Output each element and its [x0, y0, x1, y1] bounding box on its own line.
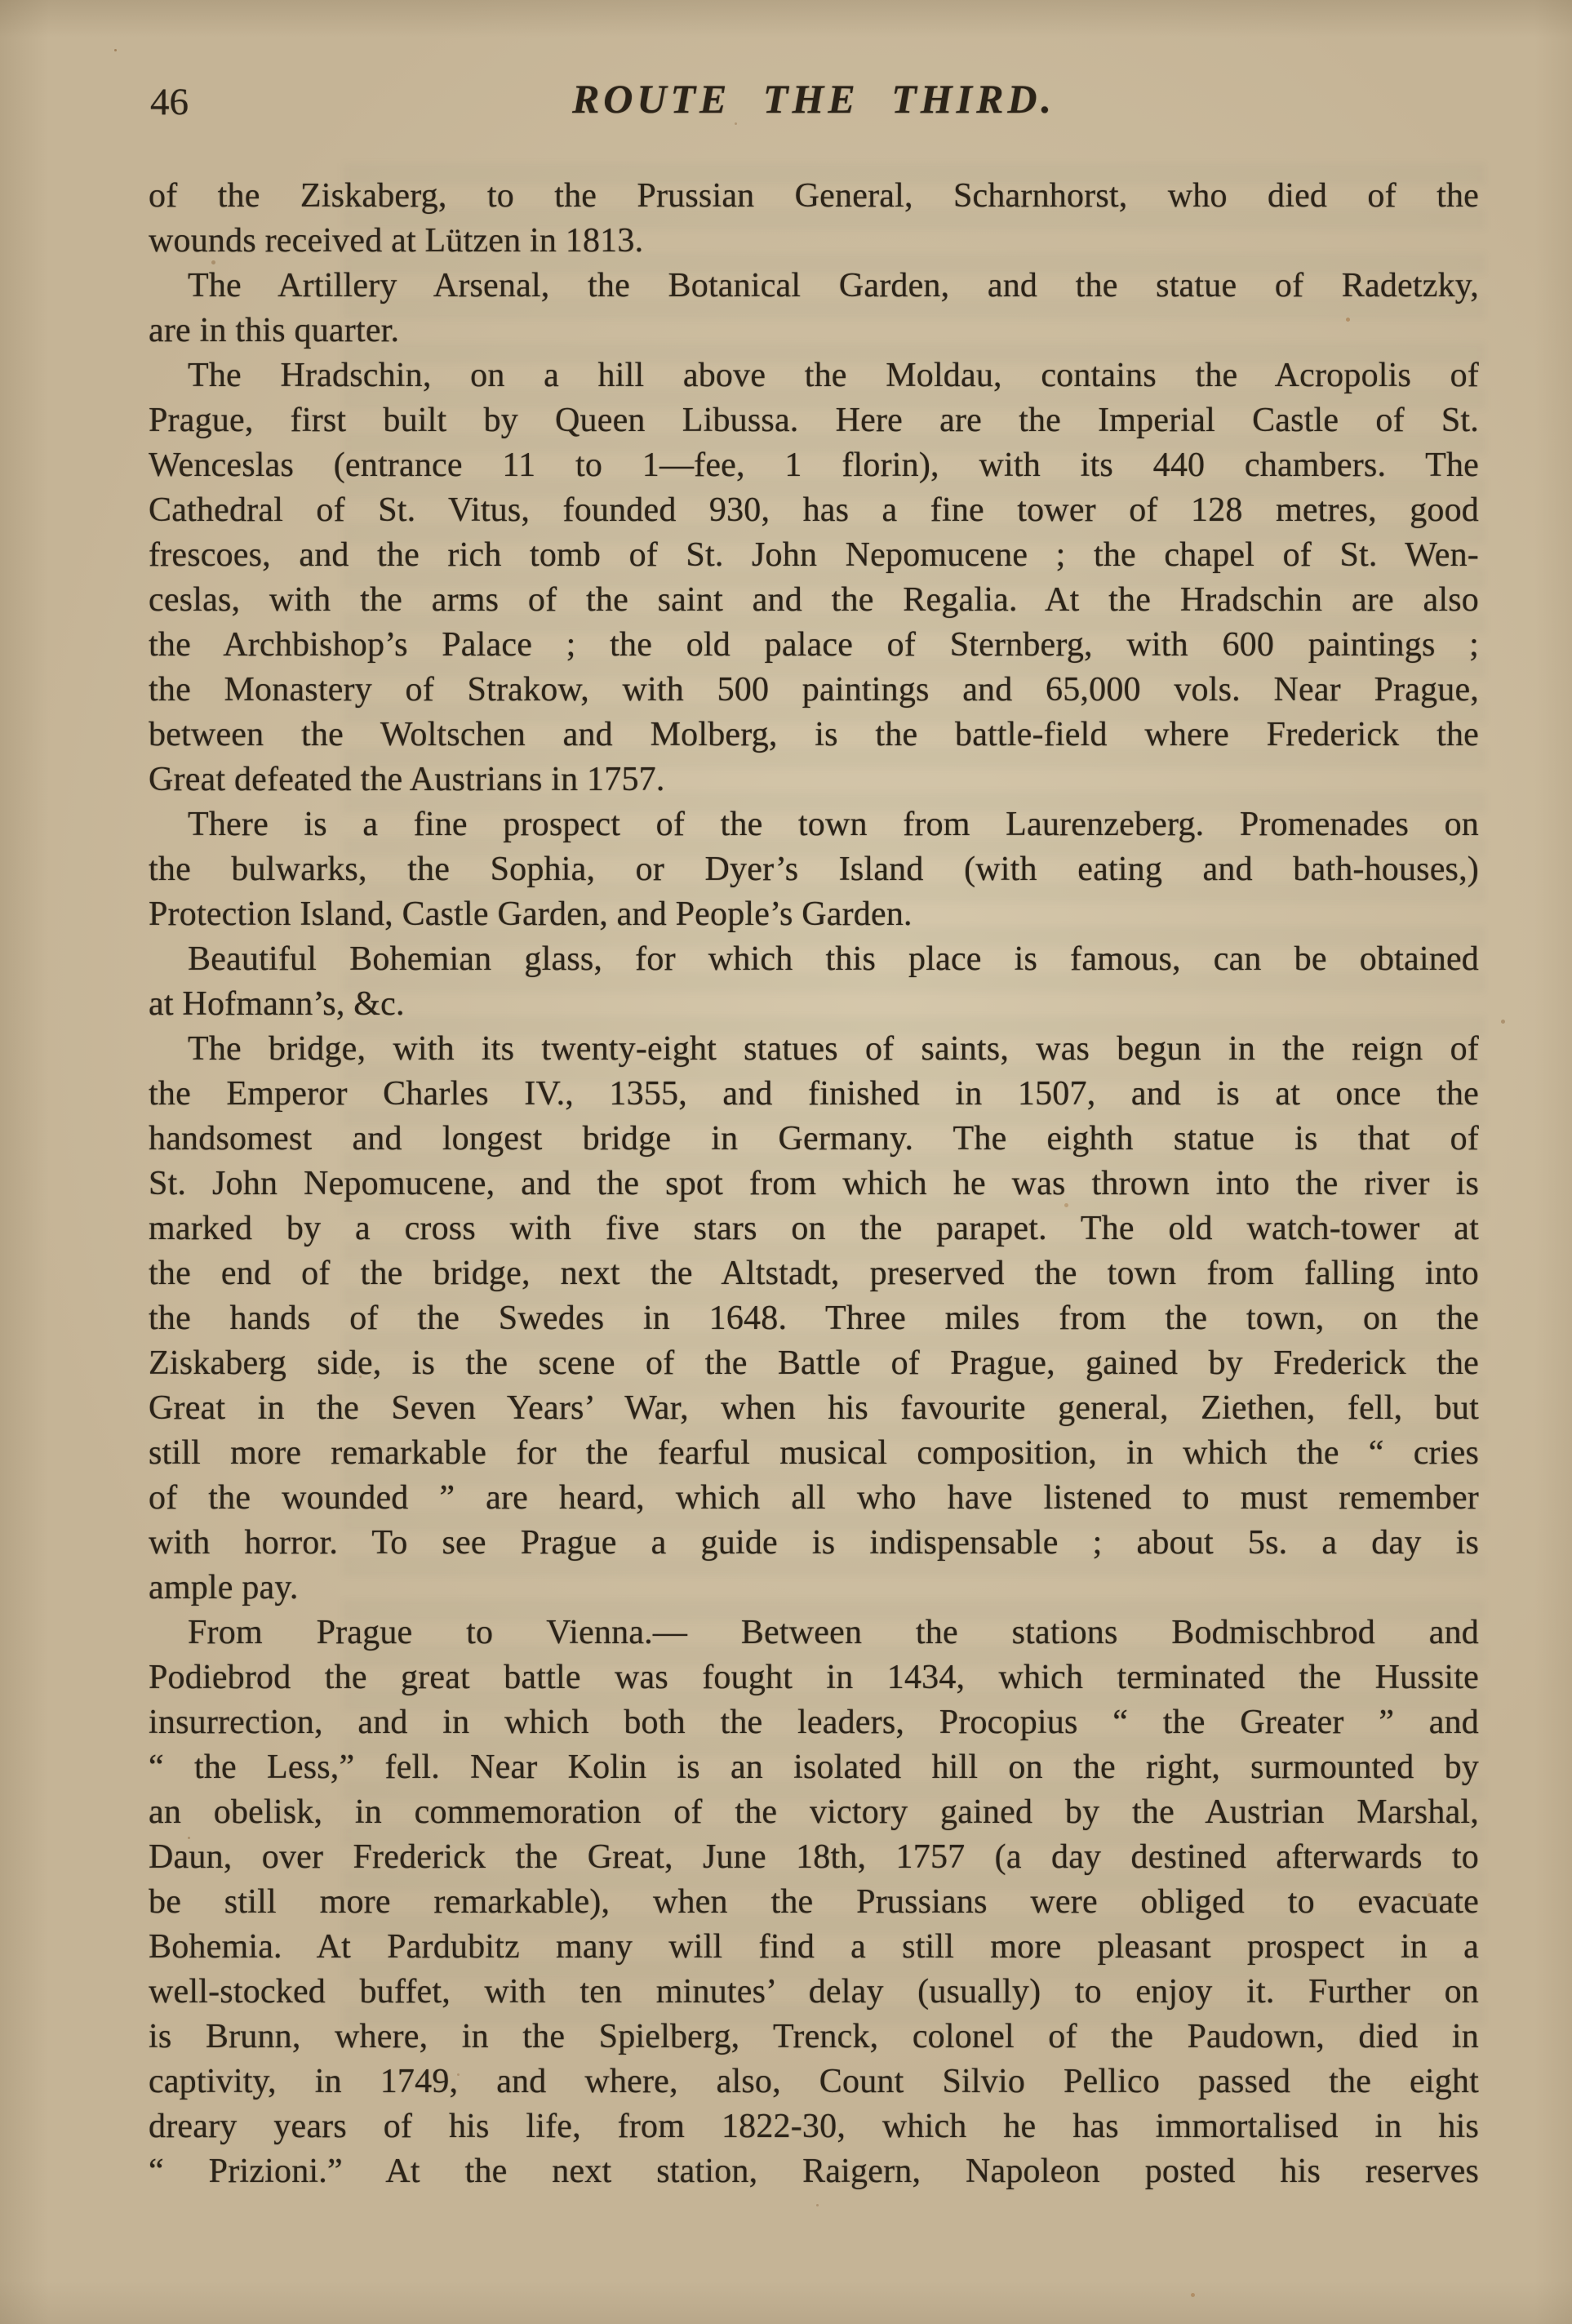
- text-line: the bulwarks, the Sophia, or Dyer’s Isla…: [149, 847, 1479, 892]
- text-line: Podiebrod the great battle was fought in…: [149, 1655, 1479, 1700]
- text-line: frescoes, and the rich tomb of St. John …: [149, 533, 1479, 578]
- text-line: Bohemia. At Pardubitz many will find a s…: [149, 1925, 1479, 1970]
- text-line: Great in the Seven Years’ War, when his …: [149, 1386, 1479, 1431]
- paragraph: The bridge, with its twenty-eight statue…: [149, 1027, 1479, 1611]
- text-line: Beautiful Bohemian glass, for which this…: [149, 937, 1479, 982]
- text-line: handsomest and longest bridge in Germany…: [149, 1117, 1479, 1162]
- paragraph: of the Ziskaberg, to the Prussian Genera…: [149, 174, 1479, 264]
- text-line: ceslas, with the arms of the saint and t…: [149, 578, 1479, 623]
- text-line: be still more remarkable), when the Prus…: [149, 1880, 1479, 1925]
- text-line: insurrection, and in which both the lead…: [149, 1700, 1479, 1745]
- text-line: of the wounded ” are heard, which all wh…: [149, 1476, 1479, 1521]
- paragraph: Beautiful Bohemian glass, for which this…: [149, 937, 1479, 1027]
- text-line: There is a fine prospect of the town fro…: [149, 802, 1479, 847]
- text-line: The bridge, with its twenty-eight statue…: [149, 1027, 1479, 1072]
- text-block: of the Ziskaberg, to the Prussian Genera…: [149, 174, 1479, 2194]
- paragraph: The Hradschin, on a hill above the Molda…: [149, 353, 1479, 802]
- page-header: 46 ROUTE THE THIRD.: [149, 75, 1479, 132]
- page-sheet: 46 ROUTE THE THIRD. of the Ziskaberg, to…: [0, 0, 1572, 2324]
- text-line: Wenceslas (entrance 11 to 1—fee, 1 flori…: [149, 443, 1479, 488]
- text-line: Protection Island, Castle Garden, and Pe…: [149, 892, 1479, 937]
- text-line: an obelisk, in commemoration of the vict…: [149, 1790, 1479, 1835]
- text-line: of the Ziskaberg, to the Prussian Genera…: [149, 174, 1479, 219]
- text-line: “ Prizioni.” At the next station, Raiger…: [149, 2149, 1479, 2194]
- text-line: captivity, in 1749, and where, also, Cou…: [149, 2060, 1479, 2104]
- text-line: ample pay.: [149, 1566, 1479, 1611]
- text-line: marked by a cross with five stars on the…: [149, 1206, 1479, 1251]
- text-line: are in this quarter.: [149, 309, 1479, 353]
- text-line: the hands of the Swedes in 1648. Three m…: [149, 1296, 1479, 1341]
- text-line: Cathedral of St. Vitus, founded 930, has…: [149, 488, 1479, 533]
- text-line: the Emperor Charles IV., 1355, and finis…: [149, 1072, 1479, 1117]
- text-line: Prague, first built by Queen Libussa. He…: [149, 398, 1479, 443]
- text-line: is Brunn, where, in the Spielberg, Trenc…: [149, 2015, 1479, 2060]
- text-line: the end of the bridge, next the Altstadt…: [149, 1251, 1479, 1296]
- text-line: From Prague to Vienna.— Between the stat…: [149, 1611, 1479, 1655]
- text-line: Ziskaberg side, is the scene of the Batt…: [149, 1341, 1479, 1386]
- page-number: 46: [150, 80, 189, 124]
- text-line: the Archbishop’s Palace ; the old palace…: [149, 623, 1479, 668]
- text-line: between the Woltschen and Molberg, is th…: [149, 713, 1479, 758]
- paragraph: The Artillery Arsenal, the Botanical Gar…: [149, 264, 1479, 353]
- text-line: still more remarkable for the fearful mu…: [149, 1431, 1479, 1476]
- text-line: at Hofmann’s, &c.: [149, 982, 1479, 1027]
- text-line: The Artillery Arsenal, the Botanical Gar…: [149, 264, 1479, 309]
- text-line: wounds received at Lützen in 1813.: [149, 219, 1479, 264]
- text-line: Daun, over Frederick the Great, June 18t…: [149, 1835, 1479, 1880]
- text-line: Great defeated the Austrians in 1757.: [149, 758, 1479, 802]
- text-line: well-stocked buffet, with ten minutes’ d…: [149, 1970, 1479, 2015]
- text-line: the Monastery of Strakow, with 500 paint…: [149, 668, 1479, 713]
- text-line: St. John Nepomucene, and the spot from w…: [149, 1162, 1479, 1206]
- text-line: The Hradschin, on a hill above the Molda…: [149, 353, 1479, 398]
- paragraph: There is a fine prospect of the town fro…: [149, 802, 1479, 937]
- text-line: with horror. To see Prague a guide is in…: [149, 1521, 1479, 1566]
- text-line: “ the Less,” fell. Near Kolin is an isol…: [149, 1745, 1479, 1790]
- paragraph: From Prague to Vienna.— Between the stat…: [149, 1611, 1479, 2194]
- book-page-scan: { "page": { "number": "46", "header_titl…: [0, 0, 1572, 2324]
- text-line: dreary years of his life, from 1822-30, …: [149, 2104, 1479, 2149]
- running-head-title: ROUTE THE THIRD.: [149, 75, 1479, 122]
